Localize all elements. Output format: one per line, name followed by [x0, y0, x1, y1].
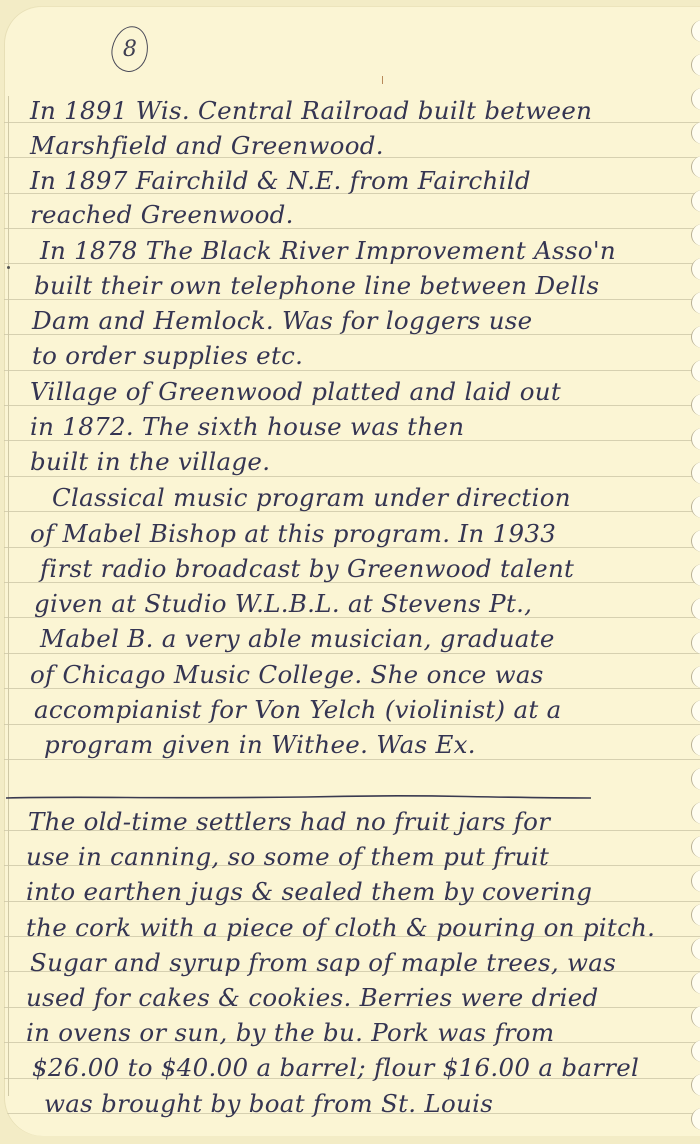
ruled-line	[4, 724, 700, 725]
text-line: In 1878 The Black River Improvement Asso…	[40, 239, 616, 264]
spiral-notch	[691, 258, 700, 280]
text-line: use in canning, so some of them put frui…	[26, 845, 549, 870]
text-line: Marshfield and Greenwood.	[30, 134, 384, 159]
ruled-line	[4, 759, 700, 760]
text-line: first radio broadcast by Greenwood talen…	[40, 557, 574, 582]
spiral-notch	[691, 802, 700, 824]
margin-dot	[7, 266, 10, 269]
ruled-line	[4, 653, 700, 654]
ruled-line	[4, 476, 700, 477]
text-line: in ovens or sun, by the bu. Pork was fro…	[26, 1021, 554, 1046]
margin-line	[8, 96, 9, 1096]
text-line: in 1872. The sixth house was then	[30, 415, 464, 440]
spiral-notch	[691, 394, 700, 416]
spiral-notch	[691, 836, 700, 858]
spiral-notch	[691, 1006, 700, 1028]
text-line: Classical music program under direction	[52, 486, 571, 511]
spiral-notch	[691, 768, 700, 790]
text-line: to order supplies etc.	[32, 344, 303, 369]
text-line: used for cakes & cookies. Berries were d…	[26, 986, 599, 1011]
text-line: accompianist for Von Yelch (violinist) a…	[34, 698, 562, 723]
text-line: In 1897 Fairchild & N.E. from Fairchild	[30, 169, 531, 194]
text-line: the cork with a piece of cloth & pouring…	[26, 916, 655, 941]
notebook-page: 8 In 1891 Wis. Central Railroad built be…	[4, 6, 700, 1136]
text-line: Dam and Hemlock. Was for loggers use	[32, 309, 532, 334]
text-line: given at Studio W.L.B.L. at Stevens Pt.,	[34, 592, 532, 617]
ruled-line	[4, 370, 700, 371]
text-line: built their own telephone line between D…	[34, 274, 599, 299]
spiral-notch	[691, 462, 700, 484]
spiral-notch	[691, 156, 700, 178]
spiral-notch	[691, 122, 700, 144]
spiral-notch	[691, 54, 700, 76]
page-number-circle: 8	[108, 23, 153, 75]
spiral-notch	[691, 1108, 700, 1130]
text-line: In 1891 Wis. Central Railroad built betw…	[30, 99, 592, 124]
text-line: was brought by boat from St. Louis	[44, 1092, 493, 1117]
text-line: Sugar and syrup from sap of maple trees,…	[30, 951, 616, 976]
text-line: $26.00 to $40.00 a barrel; flour $16.00 …	[32, 1056, 639, 1081]
spiral-notch	[691, 700, 700, 722]
spiral-notch	[691, 870, 700, 892]
spiral-notch	[691, 632, 700, 654]
text-line: into earthen jugs & sealed them by cover…	[26, 880, 592, 905]
spiral-notch	[691, 1040, 700, 1062]
spiral-notch	[691, 360, 700, 382]
text-line: The old-time settlers had no fruit jars …	[28, 810, 550, 835]
spiral-notch	[691, 20, 700, 42]
spiral-notch	[691, 530, 700, 552]
text-line: Village of Greenwood platted and laid ou…	[30, 380, 561, 405]
spiral-notch	[691, 496, 700, 518]
spiral-notch	[691, 972, 700, 994]
text-line: built in the village.	[30, 450, 270, 475]
text-line: program given in Withee. Was Ex.	[44, 733, 476, 758]
text-line: of Mabel Bishop at this program. In 1933	[30, 522, 556, 547]
spiral-notch	[691, 428, 700, 450]
spiral-notch	[691, 938, 700, 960]
text-line: Mabel B. a very able musician, graduate	[40, 627, 555, 652]
spiral-notch	[691, 292, 700, 314]
text-line: of Chicago Music College. She once was	[30, 663, 544, 688]
page-number: 8	[123, 37, 137, 62]
spiral-notch	[691, 88, 700, 110]
spiral-notch	[691, 904, 700, 926]
section-divider	[6, 794, 591, 800]
text-line: reached Greenwood.	[30, 203, 294, 228]
spiral-notch	[691, 326, 700, 348]
spiral-notch	[691, 666, 700, 688]
spiral-notch	[691, 734, 700, 756]
stray-mark	[382, 76, 383, 84]
